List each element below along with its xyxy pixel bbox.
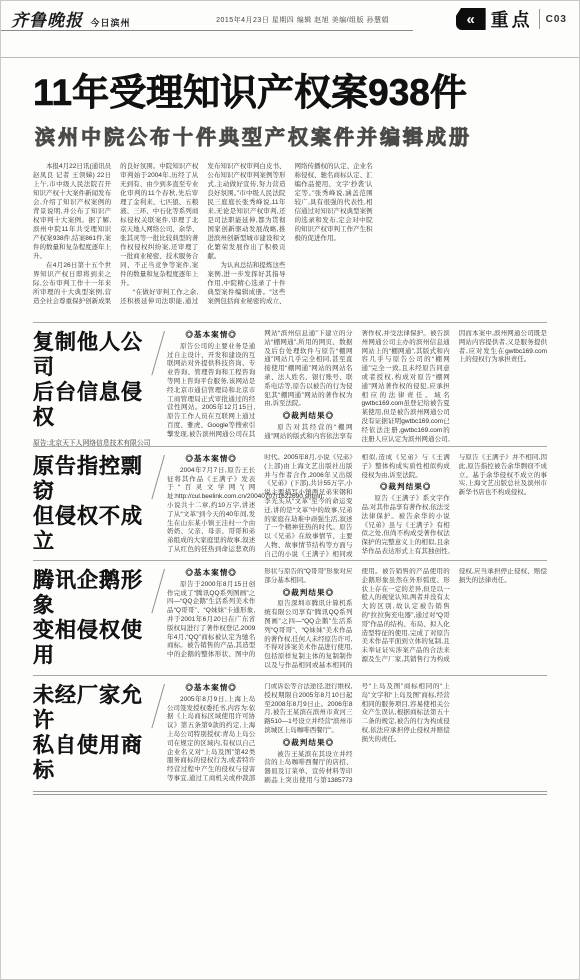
dateline: 2015年4月23日 星期四 编辑 赵旭 美编/组版 孙慧娟 [216, 15, 389, 25]
verdict-label: ◎裁判结果◎ [264, 589, 352, 598]
title-line: 复制他人公司 [33, 330, 157, 380]
title-line: 未经厂家允许 [33, 683, 157, 733]
page-number: C03 [546, 14, 567, 25]
newspaper-logo: 齐鲁晚报 [11, 11, 83, 31]
edition-name: 今日滨州 [90, 19, 130, 29]
masthead: 齐鲁晚报 今日滨州 [11, 6, 130, 31]
title-line: 原告指控剽窃 [33, 454, 157, 504]
lead-paragraph: 本报4月22日讯(通讯员 赵凤良 记者 王领娣) 22日上午,市中级人民法院召开… [33, 162, 111, 261]
case-facts-label: ◎基本案情◎ [167, 331, 255, 340]
article-1-parties: 原告:北京天下人网络信息技术有限公司 被告:山东网通公司滨州分公司 夏某 [33, 439, 157, 446]
double-chevron-icon: « [456, 8, 486, 30]
verdict-label: ◎裁判结果◎ [264, 412, 352, 421]
section-badge: 重点 [491, 6, 533, 32]
article-section-4: 未经厂家允许 私自使用商标 原告:青岛上岛咖啡食品有限公司 被告:王某滨 ◎基本… [33, 675, 547, 791]
article-section-1: 复制他人公司 后台信息侵权 原告:北京天下人网络信息技术有限公司 被告:山东网通… [33, 322, 547, 446]
article-3-title: 腾讯企鹅形象 变相侵权使用 [33, 568, 157, 668]
article-4-left-block: 未经厂家允许 私自使用商标 原告:青岛上岛咖啡食品有限公司 被告:王某滨 [33, 683, 167, 791]
article-4-body: ◎基本案情◎ 2005年8月9日,上海上岛公司签发授权委托书,内容为:依据《上岛… [167, 683, 547, 791]
newspaper-page: 齐鲁晚报 今日滨州 2015年4月23日 星期四 编辑 赵旭 美编/组版 孙慧娟… [0, 0, 580, 980]
article-1-title: 复制他人公司 后台信息侵权 [33, 330, 157, 430]
case-facts-label: ◎基本案情◎ [167, 455, 255, 464]
badge-divider [539, 9, 540, 29]
title-line: 变相侵权使用 [33, 618, 157, 668]
verdict-label: ◎裁判结果◎ [362, 483, 450, 492]
title-line: 腾讯企鹅形象 [33, 568, 157, 618]
lead-article-body: 本报4月22日讯(通讯员 赵凤良 记者 王领娣) 22日上午,市中级人民法院召开… [33, 162, 547, 312]
article-3-left-block: 腾讯企鹅形象 变相侵权使用 原告:深圳市腾讯计算机系统有限公司 被告:滨州市百货… [33, 568, 167, 675]
article-2-title: 原告指控剽窃 但侵权不成立 [33, 454, 157, 554]
header-rule [1, 30, 413, 31]
section-badge-group: « 重点 C03 [456, 7, 567, 31]
title-line: 私自使用商标 [33, 733, 157, 783]
article-1-body: ◎基本案情◎ 原告公司的主要业务是通过自主设计、开发和建设的互联网站对外提供科技… [167, 330, 547, 446]
article-section-2: 原告指控剽窃 但侵权不成立 原告:王长征 被告:余华 上海文艺出版总社 山东省滨… [33, 446, 547, 560]
title-line: 但侵权不成立 [33, 504, 157, 554]
main-headline: 11年受理知识产权案938件 [33, 70, 549, 116]
article-section-3: 腾讯企鹅形象 变相侵权使用 原告:深圳市腾讯计算机系统有限公司 被告:滨州市百货… [33, 560, 547, 675]
verdict-label: ◎裁判结果◎ [264, 739, 352, 748]
case-facts-label: ◎基本案情◎ [167, 569, 255, 578]
bottom-rule [33, 791, 547, 795]
article-2-body: ◎基本案情◎ 2004年7月7日,原告王长征将其作品《王满子》发表于“百灵文学网… [167, 454, 547, 560]
title-line: 后台信息侵权 [33, 380, 157, 430]
plaintiff-line: 原告:北京天下人网络信息技术有限公司 [33, 439, 157, 446]
page-header: 齐鲁晚报 今日滨州 2015年4月23日 星期四 编辑 赵旭 美编/组版 孙慧娟… [1, 1, 579, 31]
case-facts-label: ◎基本案情◎ [167, 684, 255, 693]
article-3-body: ◎基本案情◎ 原告于2000年8月15日创作完成了“腾讯QQ系列图画”之四—“Q… [167, 568, 547, 675]
article-4-title: 未经厂家允许 私自使用商标 [33, 683, 157, 783]
case-list: 复制他人公司 后台信息侵权 原告:北京天下人网络信息技术有限公司 被告:山东网通… [33, 322, 547, 791]
top-rule [1, 57, 579, 58]
sub-headline: 滨州中院公布十件典型产权案件并编辑成册 [35, 121, 579, 150]
article-1-left-block: 复制他人公司 后台信息侵权 原告:北京天下人网络信息技术有限公司 被告:山东网通… [33, 330, 167, 446]
article-2-left-block: 原告指控剽窃 但侵权不成立 原告:王长征 被告:余华 上海文艺出版总社 山东省滨… [33, 454, 167, 560]
